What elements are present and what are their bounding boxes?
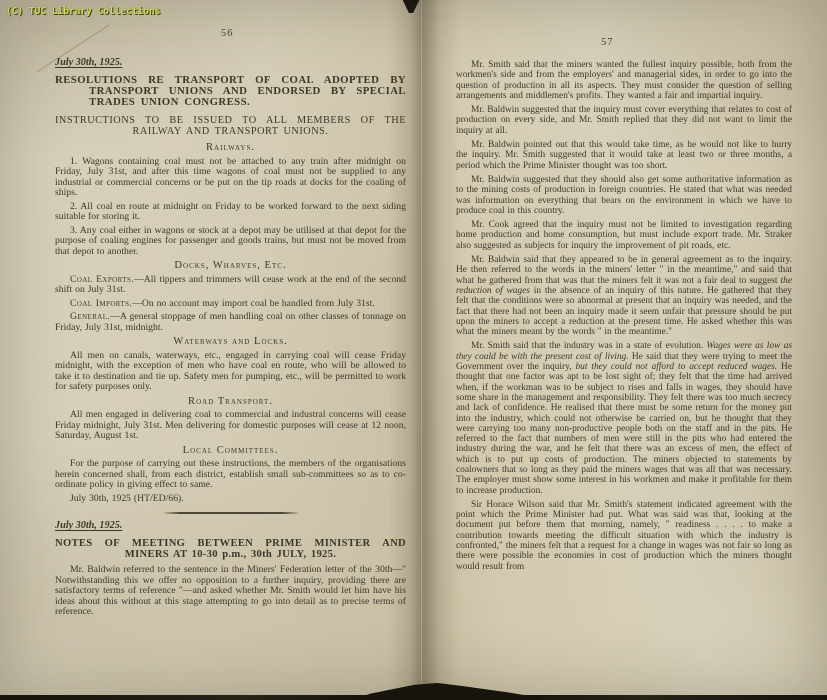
paragraph: Docks, Wharves, Etc. [55,261,406,272]
left-text-column: July 30th, 1925.RESOLUTIONS RE TRANSPORT… [55,58,406,621]
text-segment: Mr. Cook agreed that the inquiry must no… [456,220,792,251]
dateline: July 30th, 1925. [55,521,406,532]
paragraph: Coal Exports.—All tippers and trimmers w… [55,275,406,296]
paragraph: Sir Horace Wilson said that Mr. Smith's … [456,500,792,572]
paragraph: Railways. [55,143,406,154]
paragraph: Coal Imports.—On no account may import c… [55,299,406,310]
paragraph: Mr. Cook agreed that the inquiry must no… [456,220,792,251]
text-segment: Coal Exports. [70,274,134,285]
right-text-column: Mr. Smith said that the miners wanted th… [456,60,792,576]
text-segment: Mr. Baldwin referred to the sentence in … [55,564,406,617]
text-segment: —On no account may import coal be handle… [132,298,375,309]
text-segment: Mr. Baldwin said that they appeared to b… [456,255,792,286]
paragraph: For the purpose of carrying out these in… [55,459,406,491]
divider-rule [164,512,298,514]
text-segment: 2. All coal en route at midnight on Frid… [55,201,406,223]
document-heading: RESOLUTIONS RE TRANSPORT OF COAL ADOPTED… [55,75,406,109]
text-segment: All men engaged in delivering coal to co… [55,409,406,441]
document-heading: NOTES OF MEETING BETWEEN PRIME MINISTER … [55,538,406,560]
text-segment: Mr. Baldwin suggested that they should a… [456,175,792,216]
document-heading: INSTRUCTIONS TO BE ISSUED TO ALL MEMBERS… [55,115,406,137]
text-segment: For the purpose of carrying out these in… [55,458,406,490]
paragraph: All men on canals, waterways, etc., enga… [55,351,406,393]
text-segment: 3. Any coal either in wagons or stock at… [55,225,406,257]
text-segment: He thought that one factor was apt to be… [456,362,792,496]
paragraph: July 30th, 1925 (HT/ED/66). [55,494,406,505]
text-segment: Mr. Smith said that the miners wanted th… [456,60,792,101]
paragraph: Mr. Baldwin suggested that they should a… [456,175,792,216]
paragraph: Road Transport. [55,397,406,408]
paragraph: Local Committees. [55,446,406,457]
paragraph: 3. Any coal either in wagons or stock at… [55,226,406,258]
text-segment: General. [70,311,110,322]
paragraph: 2. All coal en route at midnight on Frid… [55,202,406,223]
text-segment: Mr. Smith said that the industry was in … [471,341,707,351]
text-segment: July 30th, 1925 (HT/ED/66). [70,493,184,504]
page-number-right: 57 [601,37,614,48]
paragraph: Mr. Smith said that the industry was in … [456,341,792,495]
text-segment: 1. Wagons containing coal must not be at… [55,156,406,199]
library-watermark: (C) TUC Library Collections [6,6,160,17]
text-segment: Mr. Baldwin pointed out that this would … [456,140,792,171]
text-segment: Sir Horace Wilson said that Mr. Smith's … [456,500,792,572]
paragraph: Mr. Baldwin pointed out that this would … [456,140,792,171]
paragraph: All men engaged in delivering coal to co… [55,410,406,442]
text-segment: but they could not afford to accept redu… [575,362,777,372]
paragraph: 1. Wagons containing coal must not be at… [55,157,406,199]
paragraph: Waterways and Locks. [55,337,406,348]
dateline: July 30th, 1925. [55,58,406,69]
paragraph: Mr. Baldwin referred to the sentence in … [55,565,406,618]
text-segment: Mr. Baldwin suggested that the inquiry m… [456,105,792,136]
text-segment: All men on canals, waterways, etc., enga… [55,350,406,393]
paragraph: Mr. Smith said that the miners wanted th… [456,60,792,101]
paragraph: Mr. Baldwin suggested that the inquiry m… [456,105,792,136]
scanned-book-spread: 56 57 July 30th, 1925.RESOLUTIONS RE TRA… [0,0,827,700]
paragraph: Mr. Baldwin said that they appeared to b… [456,255,792,337]
text-segment: Coal Imports. [70,298,132,309]
page-number-left: 56 [221,28,234,39]
paragraph: General.—A general stoppage of men handl… [55,312,406,333]
